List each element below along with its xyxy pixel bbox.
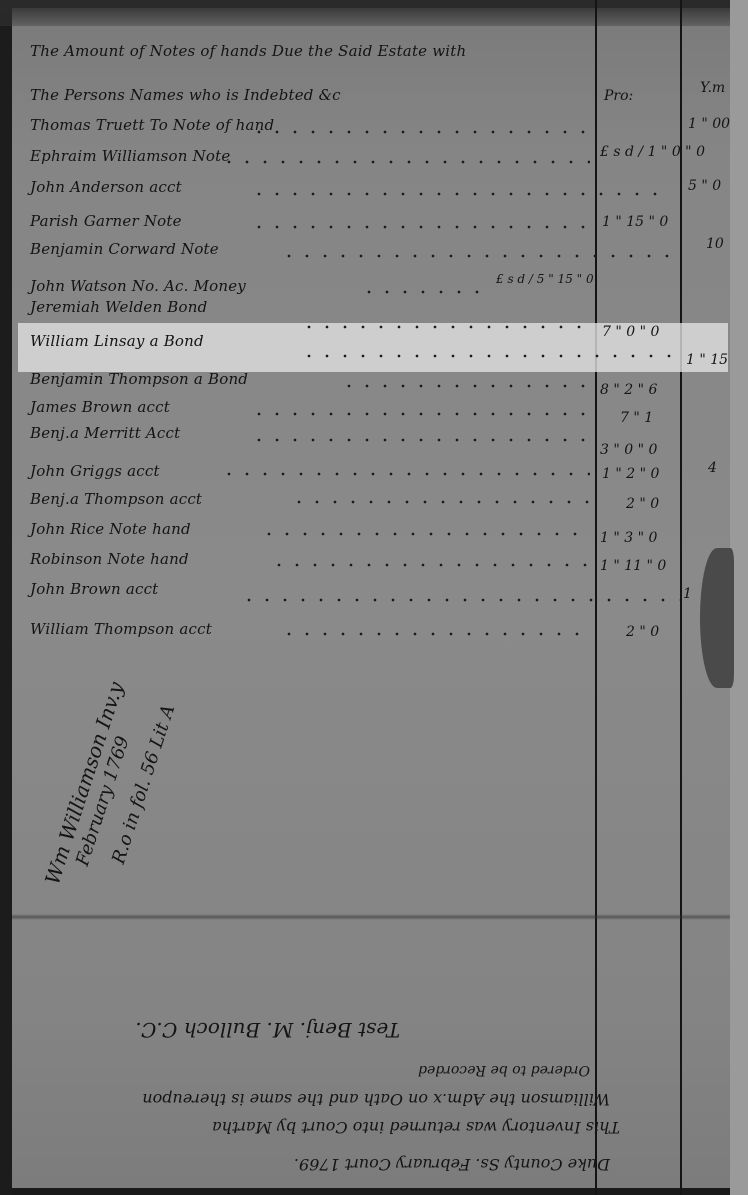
entry-amount-col1: 1 " 15 " 0: [602, 214, 668, 230]
scan-left-edge: [0, 0, 12, 1195]
dotted-leader: [250, 192, 670, 196]
entry-amount-col1: 7 " 1: [620, 410, 653, 426]
dotted-leader: [250, 412, 590, 416]
entry-amount-col1: 1 " 2 " 0: [602, 466, 659, 482]
dotted-leader: [250, 130, 590, 134]
entry-amount-col1: £ s d / 1 " 0 " 0: [600, 144, 705, 160]
entry-amount-col2: 1: [683, 586, 692, 602]
entry-name: Thomas Truett To Note of hand: [30, 116, 274, 142]
clerk-signature: Test Benj. M. Bulloch C.C.: [40, 1018, 400, 1042]
entry-amount-col1: 3 " 0 " 0: [600, 442, 657, 458]
court-note-line-2: This Inventory was returned into Court b…: [60, 1118, 620, 1137]
entry-name: Parish Garner Note: [30, 212, 182, 238]
court-note-line-3: Williamson the Adm.x on Oath and the sam…: [50, 1090, 610, 1109]
dotted-leader: [250, 225, 590, 229]
entry-amount-col1: 1 " 3 " 0: [600, 530, 657, 546]
dotted-leader: [250, 438, 590, 442]
scan-top-shadow: [0, 0, 748, 26]
dotted-leader: [260, 532, 590, 536]
entry-amount-col1: 2 " 0: [626, 624, 659, 640]
entry-amount-col2: 1 " 00: [688, 116, 730, 132]
entry-name: Benj.a Merritt Acct: [30, 424, 180, 450]
entry-amount-col2: 5 " 0: [688, 178, 721, 194]
entry-amount-col1: 7 " 0 " 0: [602, 324, 659, 340]
dotted-leader: [270, 563, 590, 567]
header-line-1: The Amount of Notes of hands Due the Sai…: [30, 42, 466, 68]
entry-name: Ephraim Williamson Note: [30, 147, 230, 173]
dotted-leader: [280, 254, 670, 258]
dotted-leader: [280, 632, 590, 636]
dotted-leader: [300, 325, 590, 329]
entry-amount-col1: 1 " 11 " 0: [600, 558, 666, 574]
entry-name: John Rice Note hand: [30, 520, 191, 546]
entry-name: John Anderson acct: [30, 178, 182, 204]
entry-name: Benjamin Thompson a Bond: [30, 370, 248, 396]
court-note-line-4: Ordered to be Recorded: [380, 1062, 590, 1078]
entry-name-highlighted: William Linsay a Bond: [30, 332, 204, 358]
dotted-leader: [340, 384, 590, 388]
entry-name: John Brown acct: [30, 580, 158, 606]
page-fold: [12, 914, 730, 920]
dotted-leader: [220, 472, 590, 476]
court-note-line-1: Duke County Ss. February Court 1769.: [100, 1155, 610, 1174]
entry-name: Benj.a Thompson acct: [30, 490, 202, 516]
dotted-leader: [290, 500, 590, 504]
entry-name: William Thompson acct: [30, 620, 212, 646]
entry-name: Benjamin Corward Note: [30, 240, 219, 266]
entry-amount-col2: 10: [706, 236, 724, 252]
column-header-pro: Pro:: [604, 88, 633, 104]
entry-name: Robinson Note hand: [30, 550, 189, 576]
entry-name: John Griggs acct: [30, 462, 160, 488]
column-header-right: Y.m: [700, 80, 725, 96]
column-rule-2: [680, 0, 682, 1195]
entry-amount-col1: 8 " 2 " 6: [600, 382, 657, 398]
ink-stain: [700, 548, 734, 688]
entry-amount-col2: 4: [708, 460, 717, 476]
dotted-leader: [300, 354, 675, 358]
entry-inline-amount: £ s d / 5 " 15 " 0: [496, 272, 594, 286]
entry-amount-col1: 2 " 0: [626, 496, 659, 512]
entry-amount-col2: 1 " 15: [686, 352, 728, 368]
entry-name: Jeremiah Welden Bond: [30, 298, 207, 324]
dotted-leader: [220, 160, 590, 164]
header-line-2: The Persons Names who is Indebted &c: [30, 86, 341, 112]
dotted-leader: [360, 290, 490, 294]
entry-name: James Brown acct: [30, 398, 170, 424]
dotted-leader: [240, 598, 680, 602]
